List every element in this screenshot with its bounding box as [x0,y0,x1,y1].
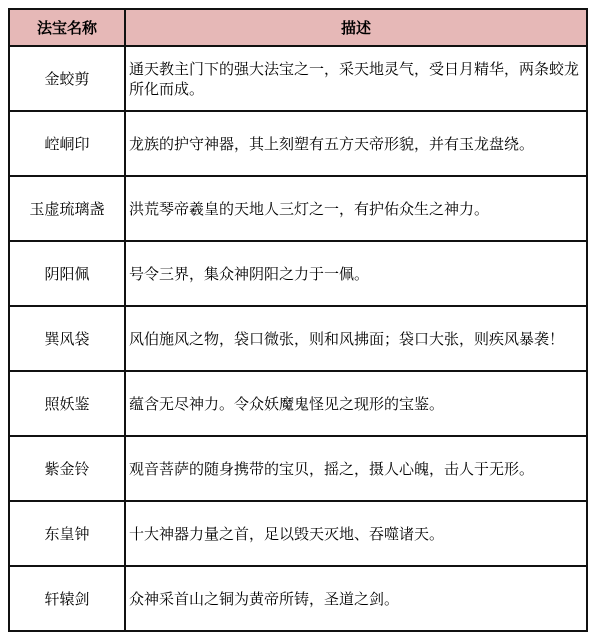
treasure-name: 紫金铃 [9,436,125,501]
table-row: 紫金铃 观音菩萨的随身携带的宝贝，摇之，摄人心魄，击人于无形。 [9,436,587,501]
treasure-name: 巽风袋 [9,306,125,371]
treasure-description: 十大神器力量之首，足以毁天灭地、吞噬诸天。 [125,501,587,566]
treasure-name: 阴阳佩 [9,241,125,306]
treasure-name: 崆峒印 [9,111,125,176]
table-row: 金蛟剪 通天教主门下的强大法宝之一，采天地灵气，受日月精华，两条蛟龙所化而成。 [9,46,587,111]
treasure-description: 众神采首山之铜为黄帝所铸，圣道之剑。 [125,566,587,631]
table-row: 照妖鉴 蕴含无尽神力。令众妖魔鬼怪见之现形的宝鉴。 [9,371,587,436]
table-row: 崆峒印 龙族的护守神器，其上刻塑有五方天帝形貌，并有玉龙盘绕。 [9,111,587,176]
header-description: 描述 [125,9,587,46]
treasure-name: 玉虚琉璃盏 [9,176,125,241]
treasure-name: 照妖鉴 [9,371,125,436]
treasure-name: 东皇钟 [9,501,125,566]
table-row: 巽风袋 风伯施风之物，袋口微张，则和风拂面；袋口大张，则疾风暴袭！ [9,306,587,371]
header-row: 法宝名称 描述 [9,9,587,46]
table-row: 东皇钟 十大神器力量之首，足以毁天灭地、吞噬诸天。 [9,501,587,566]
treasure-table: 法宝名称 描述 金蛟剪 通天教主门下的强大法宝之一，采天地灵气，受日月精华，两条… [8,8,588,632]
treasure-description: 蕴含无尽神力。令众妖魔鬼怪见之现形的宝鉴。 [125,371,587,436]
treasure-name: 轩辕剑 [9,566,125,631]
table-row: 轩辕剑 众神采首山之铜为黄帝所铸，圣道之剑。 [9,566,587,631]
treasure-description: 洪荒琴帝羲皇的天地人三灯之一，有护佑众生之神力。 [125,176,587,241]
treasure-description: 观音菩萨的随身携带的宝贝，摇之，摄人心魄，击人于无形。 [125,436,587,501]
table-row: 玉虚琉璃盏 洪荒琴帝羲皇的天地人三灯之一，有护佑众生之神力。 [9,176,587,241]
treasure-description: 龙族的护守神器，其上刻塑有五方天帝形貌，并有玉龙盘绕。 [125,111,587,176]
table-row: 阴阳佩 号令三界，集众神阴阳之力于一佩。 [9,241,587,306]
treasure-description: 风伯施风之物，袋口微张，则和风拂面；袋口大张，则疾风暴袭！ [125,306,587,371]
header-name: 法宝名称 [9,9,125,46]
treasure-description: 通天教主门下的强大法宝之一，采天地灵气，受日月精华，两条蛟龙所化而成。 [125,46,587,111]
treasure-description: 号令三界，集众神阴阳之力于一佩。 [125,241,587,306]
treasure-name: 金蛟剪 [9,46,125,111]
